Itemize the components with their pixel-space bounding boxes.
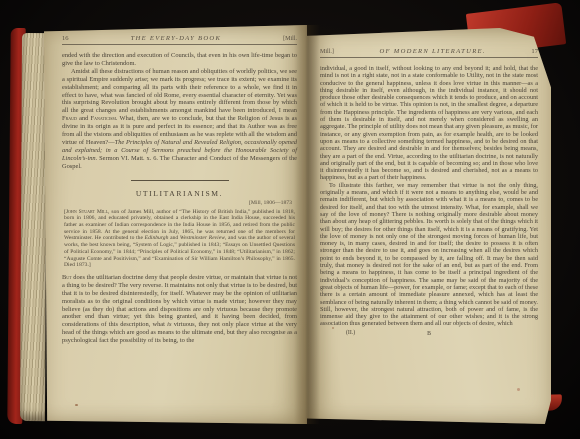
right-running-title: OF MODERN LITERATURE. bbox=[379, 48, 485, 55]
right-paragraph-continuation: individual, a good in itself, without lo… bbox=[320, 65, 538, 182]
dust-speck bbox=[332, 327, 334, 329]
section-attribution: [Mill, 1806—1873 bbox=[62, 200, 292, 206]
dust-speck bbox=[75, 404, 78, 406]
page-fore-edges bbox=[20, 33, 47, 421]
right-page-number: 17 bbox=[531, 48, 538, 55]
dust-speck bbox=[517, 388, 520, 391]
volume-signature-mark: (II.) bbox=[346, 330, 355, 336]
right-page-footer: (II.) B bbox=[320, 330, 538, 340]
left-margin-note: [Mill. bbox=[283, 36, 297, 42]
left-paragraph-continuation: ended with the direction and execution o… bbox=[62, 52, 297, 68]
book-photo: { "book": { "left_page": { "margin_page_… bbox=[0, 0, 580, 439]
left-running-head: 16 THE EVERY-DAY BOOK [Mill. bbox=[62, 35, 297, 45]
section-heading: UTILITARIANISM. bbox=[62, 189, 297, 198]
left-page-number: 16 bbox=[62, 35, 69, 42]
right-page: Mill.] OF MODERN LITERATURE. 17 individu… bbox=[307, 28, 551, 424]
printer-signature-mark: B bbox=[427, 331, 431, 337]
right-paragraph-illustrate: To illustrate this farther, we may remem… bbox=[320, 182, 538, 328]
left-running-title: THE EVERY-DAY BOOK bbox=[131, 35, 222, 42]
right-running-head: Mill.] OF MODERN LITERATURE. 17 bbox=[320, 48, 538, 58]
left-body-paragraph: But does the utilitarian doctrine deny t… bbox=[62, 274, 297, 345]
section-divider-rule bbox=[131, 180, 229, 181]
author-bio-note: [John Stuart Mill, son of James Mill, au… bbox=[64, 209, 295, 269]
left-page: 16 THE EVERY-DAY BOOK [Mill. ended with … bbox=[44, 25, 307, 424]
left-paragraph-amidst: Amidst all these distractions of human r… bbox=[62, 68, 297, 171]
right-margin-note: Mill.] bbox=[320, 49, 334, 55]
